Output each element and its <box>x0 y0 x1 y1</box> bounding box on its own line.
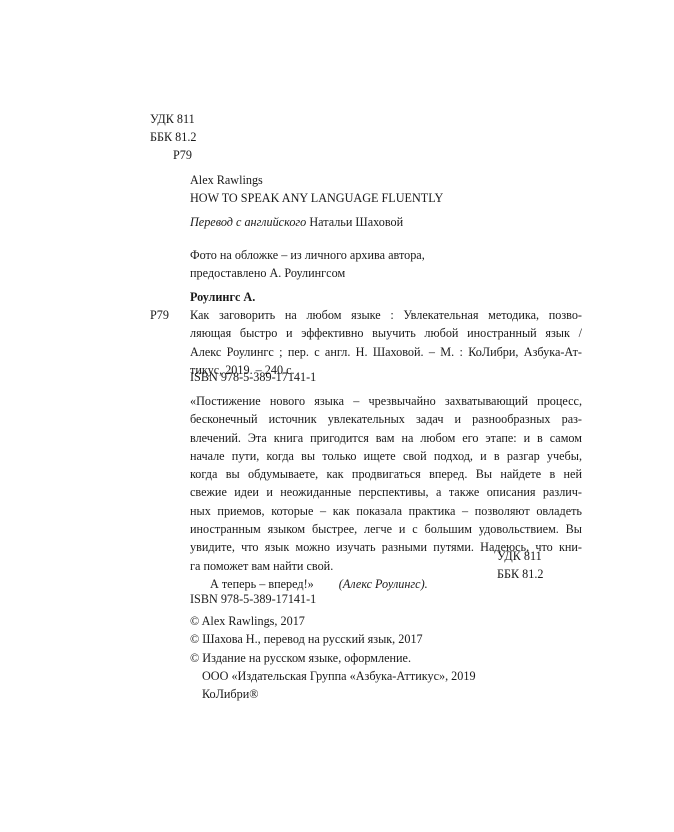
udk-code: УДК 811 <box>150 110 197 128</box>
classification-block-top: УДК 811 ББК 81.2 <box>150 110 197 147</box>
original-edition: Alex Rawlings HOW TO SPEAK ANY LANGUAGE … <box>190 171 443 208</box>
annotation-signature: (Алекс Роулингс). <box>339 577 428 591</box>
original-author: Alex Rawlings <box>190 171 443 189</box>
isbn-record: ISBN 978-5-389-17141-1 <box>190 368 316 386</box>
classification-block-bottom: УДК 811 ББК 81.2 <box>497 547 544 584</box>
translator-name: Натальи Шаховой <box>309 215 403 229</box>
author-mark-top: Р79 <box>173 146 192 164</box>
author-heading: Роулингс А. <box>190 288 255 306</box>
translation-prefix: Перевод с английского <box>190 215 306 229</box>
publisher-imprint: КоЛибри® <box>190 685 476 703</box>
udk-code-bottom: УДК 811 <box>497 547 544 565</box>
copyright-block: © Alex Rawlings, 2017 © Шахова Н., перев… <box>190 612 476 703</box>
bbk-code-bottom: ББК 81.2 <box>497 565 544 583</box>
original-title: HOW TO SPEAK ANY LANGUAGE FLUENTLY <box>190 189 443 207</box>
translation-credit: Перевод с английского Натальи Шаховой <box>190 213 403 231</box>
isbn-bottom: ISBN 978-5-389-17141-1 <box>190 590 316 608</box>
photo-credit: Фото на обложке – из личного архива авто… <box>190 246 425 283</box>
publisher-line: ООО «Издательская Группа «Азбука-Аттикус… <box>190 667 476 685</box>
author-mark-record: Р79 <box>150 306 169 324</box>
bbk-code: ББК 81.2 <box>150 128 197 146</box>
